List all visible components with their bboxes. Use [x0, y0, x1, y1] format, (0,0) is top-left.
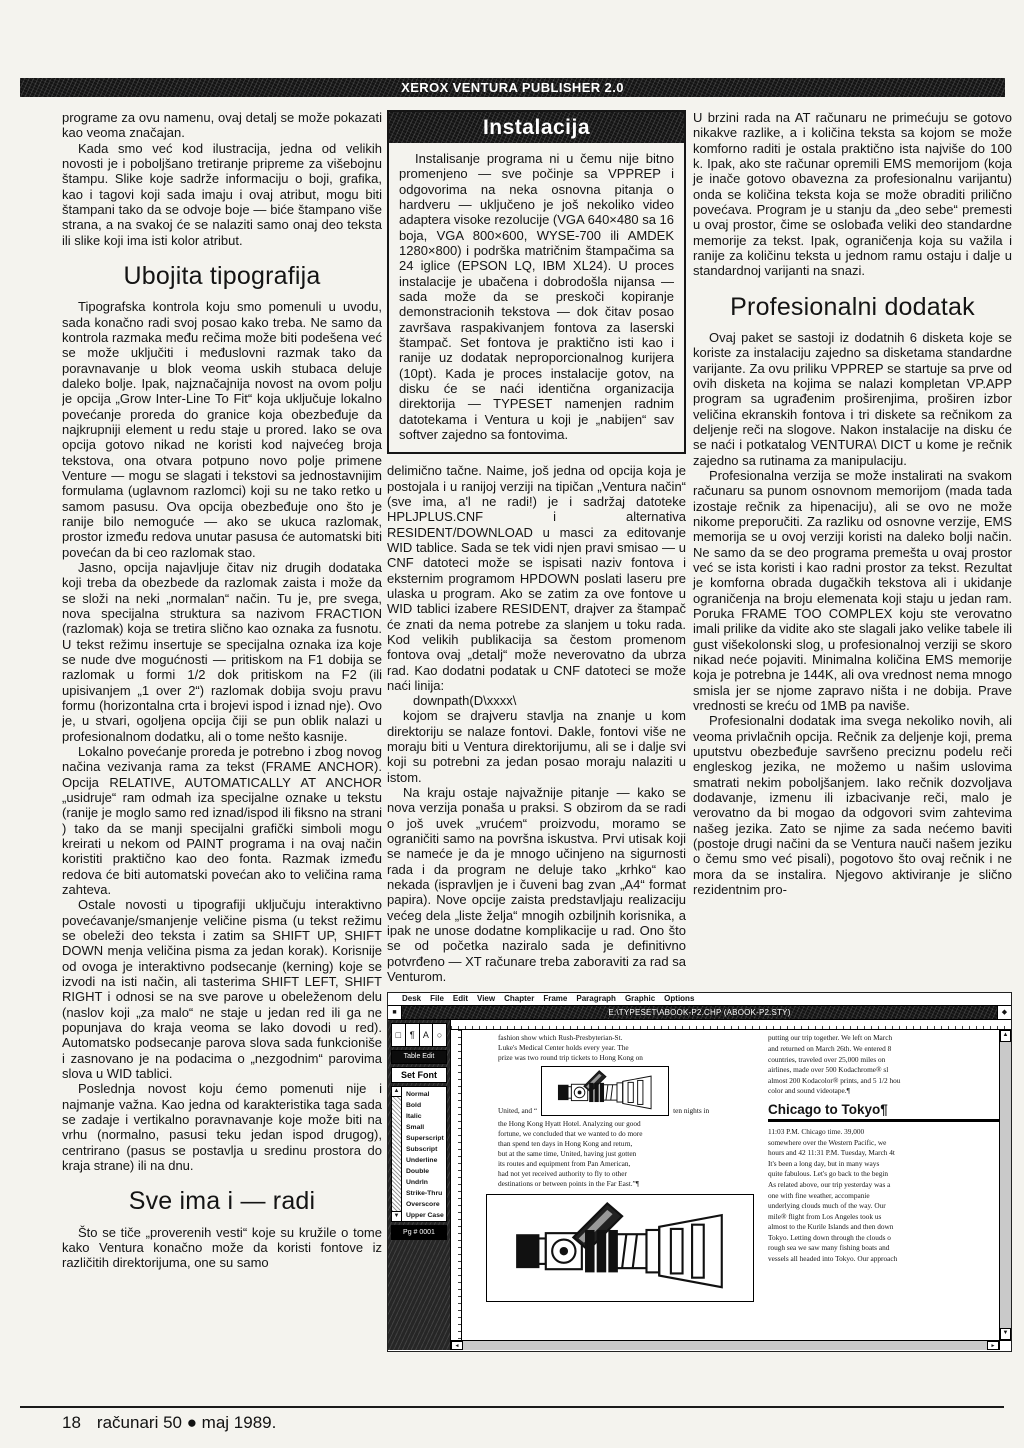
document-headline: Chicago to Tokyo¶ [768, 1102, 999, 1122]
text-line: 11:03 P.M. Chicago time. 39,000 [768, 1127, 999, 1138]
camera-illustration-small [542, 1067, 668, 1115]
text-line: fashion show which Rush-Presbyterian-St. [498, 1033, 750, 1043]
text-line: the Hong Kong Hyatt Hotel. Analyzing our… [498, 1119, 750, 1129]
text-line: rough sea we saw many fishing boats and [768, 1243, 999, 1254]
scroll-right-icon[interactable]: ► [987, 1341, 999, 1350]
ventura-publisher-screenshot: DeskFileEditViewChapterFrameParagraphGra… [387, 992, 1012, 1352]
document-text-block: 11:03 P.M. Chicago time. 39,000somewhere… [768, 1127, 999, 1265]
text-line: but at the same time, United, having jus… [498, 1149, 750, 1159]
article-paragraph: Lokalno povećanje proreda je potrebno i … [62, 744, 382, 897]
title-bar: E:\TYPESET\ABOOK-P2.CHP (ABOOK-P2.STY) [402, 1006, 997, 1019]
text-line: As related above, our trip yesterday was… [768, 1180, 999, 1191]
window-control-button[interactable]: ■ [388, 1006, 402, 1019]
horizontal-ruler [451, 1020, 1011, 1030]
text-line: its routes and equipment from Pan Americ… [498, 1159, 750, 1169]
text-fragment: ten nights in [673, 1106, 709, 1116]
scroll-up-icon[interactable]: ▲ [1000, 1030, 1011, 1042]
article-paragraph: Instalisanje programa ni u čemu nije bit… [399, 151, 674, 442]
menu-item[interactable]: Chapter [504, 993, 534, 1005]
attribute-item[interactable]: Strike-Thru [406, 1188, 446, 1199]
text-line: countries, traveled over 25,000 miles on [768, 1055, 999, 1066]
article-paragraph: kojom se drajveru stavlja na znanje u ko… [387, 708, 686, 785]
article-paragraph: Kada smo već kod ilustracija, jedna od v… [62, 141, 382, 248]
text-line: and returned on March 26th. We entered 8 [768, 1044, 999, 1055]
text-line: Luke's Medical Center holds every year. … [498, 1043, 750, 1053]
horizontal-scrollbar[interactable]: ◄ ► [451, 1340, 999, 1350]
document-text-block: fashion show which Rush-Presbyterian-St.… [498, 1033, 750, 1063]
text-line: hours and 42 11:31 P.M. Tuesday, March 4… [768, 1148, 999, 1159]
document-column-1: fashion show which Rush-Presbyterian-St.… [498, 1033, 750, 1302]
text-line: one with fine weather, accompanie [768, 1191, 999, 1202]
list-scroll-up-icon[interactable]: ▲ [392, 1087, 401, 1097]
attribute-item[interactable]: Small [406, 1122, 446, 1133]
mode-selector: □ ¶ A ○ [391, 1023, 447, 1047]
fullscreen-icon: ◆ [1002, 1009, 1007, 1016]
anchored-figure-row: United, and “ ten nights in [498, 1066, 750, 1116]
list-scroll-down-icon[interactable]: ▼ [392, 1211, 401, 1221]
page-number: 18 [62, 1413, 81, 1432]
page-header-bar: XEROX VENTURA PUBLISHER 2.0 [20, 78, 1005, 97]
footer-text: računari 50 ● maj 1989. [97, 1413, 276, 1432]
menu-item[interactable]: File [430, 993, 444, 1005]
scrollbar-corner [999, 1340, 1011, 1350]
set-font-button[interactable]: Set Font [391, 1067, 447, 1083]
camera-image-frame[interactable] [541, 1066, 669, 1116]
sidebar: □ ¶ A ○ Table Edit Set Font ▲ ▼ NormalBo… [388, 1020, 450, 1350]
menu-item[interactable]: Edit [453, 993, 468, 1005]
text-line: almost to the Kurile Islands and then do… [768, 1222, 999, 1233]
document-text-block: the Hong Kong Hyatt Hotel. Analyzing our… [498, 1119, 750, 1189]
page-header-title: XEROX VENTURA PUBLISHER 2.0 [401, 80, 624, 95]
text-line: destinations or between points in the Fa… [498, 1179, 750, 1189]
menu-item[interactable]: View [477, 993, 495, 1005]
menu-item[interactable]: Paragraph [576, 993, 616, 1005]
text-line: quite fabulous. Let's go back to the beg… [768, 1169, 999, 1180]
article-paragraph: Profesionalni dodatak ima svega nekoliko… [693, 713, 1012, 897]
attribute-item[interactable]: Overscore [406, 1199, 446, 1210]
window-control-icon: ■ [392, 1009, 396, 1016]
text-line: Tokyo. Letting down through the clouds o [768, 1233, 999, 1244]
title-bar-row: ■ E:\TYPESET\ABOOK-P2.CHP (ABOOK-P2.STY)… [388, 1005, 1011, 1020]
article-paragraph: U brzini rada na AT računaru ne primećuj… [693, 110, 1012, 279]
attribute-item[interactable]: Italic [406, 1111, 446, 1122]
section-heading-profesionalni-dodatak: Profesionalni dodatak [693, 293, 1012, 323]
attribute-item[interactable]: Double Undrln [406, 1166, 446, 1188]
article-paragraph: Što se tiče „proverenih vesti“ koje su k… [62, 1225, 382, 1271]
text-mode-icon[interactable]: A [420, 1024, 434, 1046]
text-line: putting our trip together. We left on Ma… [768, 1033, 999, 1044]
text-line: vessels all headed into Tokyo. Our appro… [768, 1254, 999, 1265]
text-line: fortune, we concluded that we wanted to … [498, 1129, 750, 1139]
article-paragraph: Tipografska kontrola koju smo pomenuli u… [62, 299, 382, 560]
menu-item[interactable]: Graphic [625, 993, 655, 1005]
vertical-scrollbar[interactable]: ▲ ▼ [999, 1030, 1011, 1340]
scroll-down-icon[interactable]: ▼ [1000, 1328, 1011, 1340]
attribute-item[interactable]: Subscript [406, 1144, 446, 1155]
right-column: U brzini rada na AT računaru ne primećuj… [693, 110, 1012, 984]
scroll-left-icon[interactable]: ◄ [451, 1341, 463, 1350]
instalacija-box-title: Instalacija [389, 112, 684, 143]
text-line: airlines, made over 500 Kodachrome® sl [768, 1065, 999, 1076]
text-line: mile® flight from Los Angeles took us [768, 1212, 999, 1223]
fullscreen-button[interactable]: ◆ [997, 1006, 1011, 1019]
code-line: downpath(D\xxxx\ [387, 693, 686, 708]
page-indicator: Pg # 0001 [391, 1225, 447, 1240]
page-footer: 18računari 50 ● maj 1989. [62, 1413, 276, 1433]
document-text-block: putting our trip together. We left on Ma… [768, 1033, 999, 1097]
text-line: had not yet received authority to fly to… [498, 1169, 750, 1179]
frame-mode-icon[interactable]: □ [392, 1024, 406, 1046]
attribute-item[interactable]: Superscript [406, 1133, 446, 1144]
article-paragraph: Na kraju ostaje najvažnije pitanje — kak… [387, 785, 686, 984]
article-paragraph: Ostale novosti u tipografiji uključuju i… [62, 897, 382, 1081]
menu-item[interactable]: Desk [402, 993, 421, 1005]
article-paragraph: Jasno, opcija najavljuje čitav niz drugi… [62, 560, 382, 744]
document-column-2: putting our trip together. We left on Ma… [768, 1033, 999, 1264]
attribute-list-panel: ▲ ▼ NormalBoldItalicSmallSuperscriptSubs… [391, 1086, 447, 1222]
text-fragment: United, and “ [498, 1106, 537, 1116]
left-column: programe za ovu namenu, ovaj detalj se m… [62, 110, 382, 1404]
instalacija-box: Instalacija Instalisanje programa ni u č… [387, 110, 686, 454]
text-line: somewhere over the Western Pacific, we [768, 1138, 999, 1149]
section-heading-ubojita-tipografija: Ubojita tipografija [62, 262, 382, 292]
text-line: underlying clouds much of the way. Our [768, 1201, 999, 1212]
right-area: Instalacija Instalisanje programa ni u č… [387, 110, 1012, 1404]
footer-rule [20, 1406, 1004, 1408]
document-page[interactable]: fashion show which Rush-Presbyterian-St.… [462, 1030, 999, 1340]
article-paragraph: Ovaj paket se sastoji iz dodatnih 6 disk… [693, 330, 1012, 468]
text-line: prize was two round trip tickets to Hong… [498, 1053, 750, 1063]
text-line: color and sound videotape.¶ [768, 1086, 999, 1097]
attribute-item[interactable]: Bold [406, 1100, 446, 1111]
attribute-item[interactable]: Normal [406, 1089, 446, 1100]
text-line: than spend ten days in Hong Kong and ret… [498, 1139, 750, 1149]
paragraph-mode-icon[interactable]: ¶ [406, 1024, 420, 1046]
article-paragraph: programe za ovu namenu, ovaj detalj se m… [62, 110, 382, 141]
camera-illustration-large [487, 1195, 753, 1301]
article-paragraph: Poslednja novost koju ćemo pomenuti nije… [62, 1081, 382, 1173]
table-edit-button[interactable]: Table Edit [391, 1050, 447, 1064]
section-heading-sve-ima-i-radi: Sve ima i — radi [62, 1187, 382, 1217]
menu-item[interactable]: Frame [543, 993, 567, 1005]
menu-item[interactable]: Options [664, 993, 694, 1005]
article-paragraph: delimično tačne. Naime, još jedna od opc… [387, 463, 686, 693]
attribute-item[interactable]: Upper Case [406, 1210, 446, 1221]
article-paragraph: Profesionalna verzija se može instalirat… [693, 468, 1012, 713]
graphic-mode-icon[interactable]: ○ [433, 1024, 446, 1046]
menu-bar: DeskFileEditViewChapterFrameParagraphGra… [388, 993, 1011, 1005]
list-scroll-track[interactable] [392, 1097, 401, 1211]
attribute-item[interactable]: Underline [406, 1155, 446, 1166]
attribute-list-scrollbar[interactable]: ▲ ▼ [392, 1087, 402, 1221]
camera-image-frame-large[interactable] [486, 1194, 754, 1302]
vertical-ruler [451, 1030, 462, 1340]
document-area: fashion show which Rush-Presbyterian-St.… [450, 1020, 1011, 1350]
middle-column: Instalacija Instalisanje programa ni u č… [387, 110, 686, 984]
article-body: programe za ovu namenu, ovaj detalj se m… [62, 110, 1012, 1404]
text-line: almost 200 Kodacolor® prints, and 5 1/2 … [768, 1076, 999, 1087]
text-attribute-list: NormalBoldItalicSmallSuperscriptSubscrip… [402, 1087, 446, 1221]
text-line: It's been a long day, but in many ways [768, 1159, 999, 1170]
